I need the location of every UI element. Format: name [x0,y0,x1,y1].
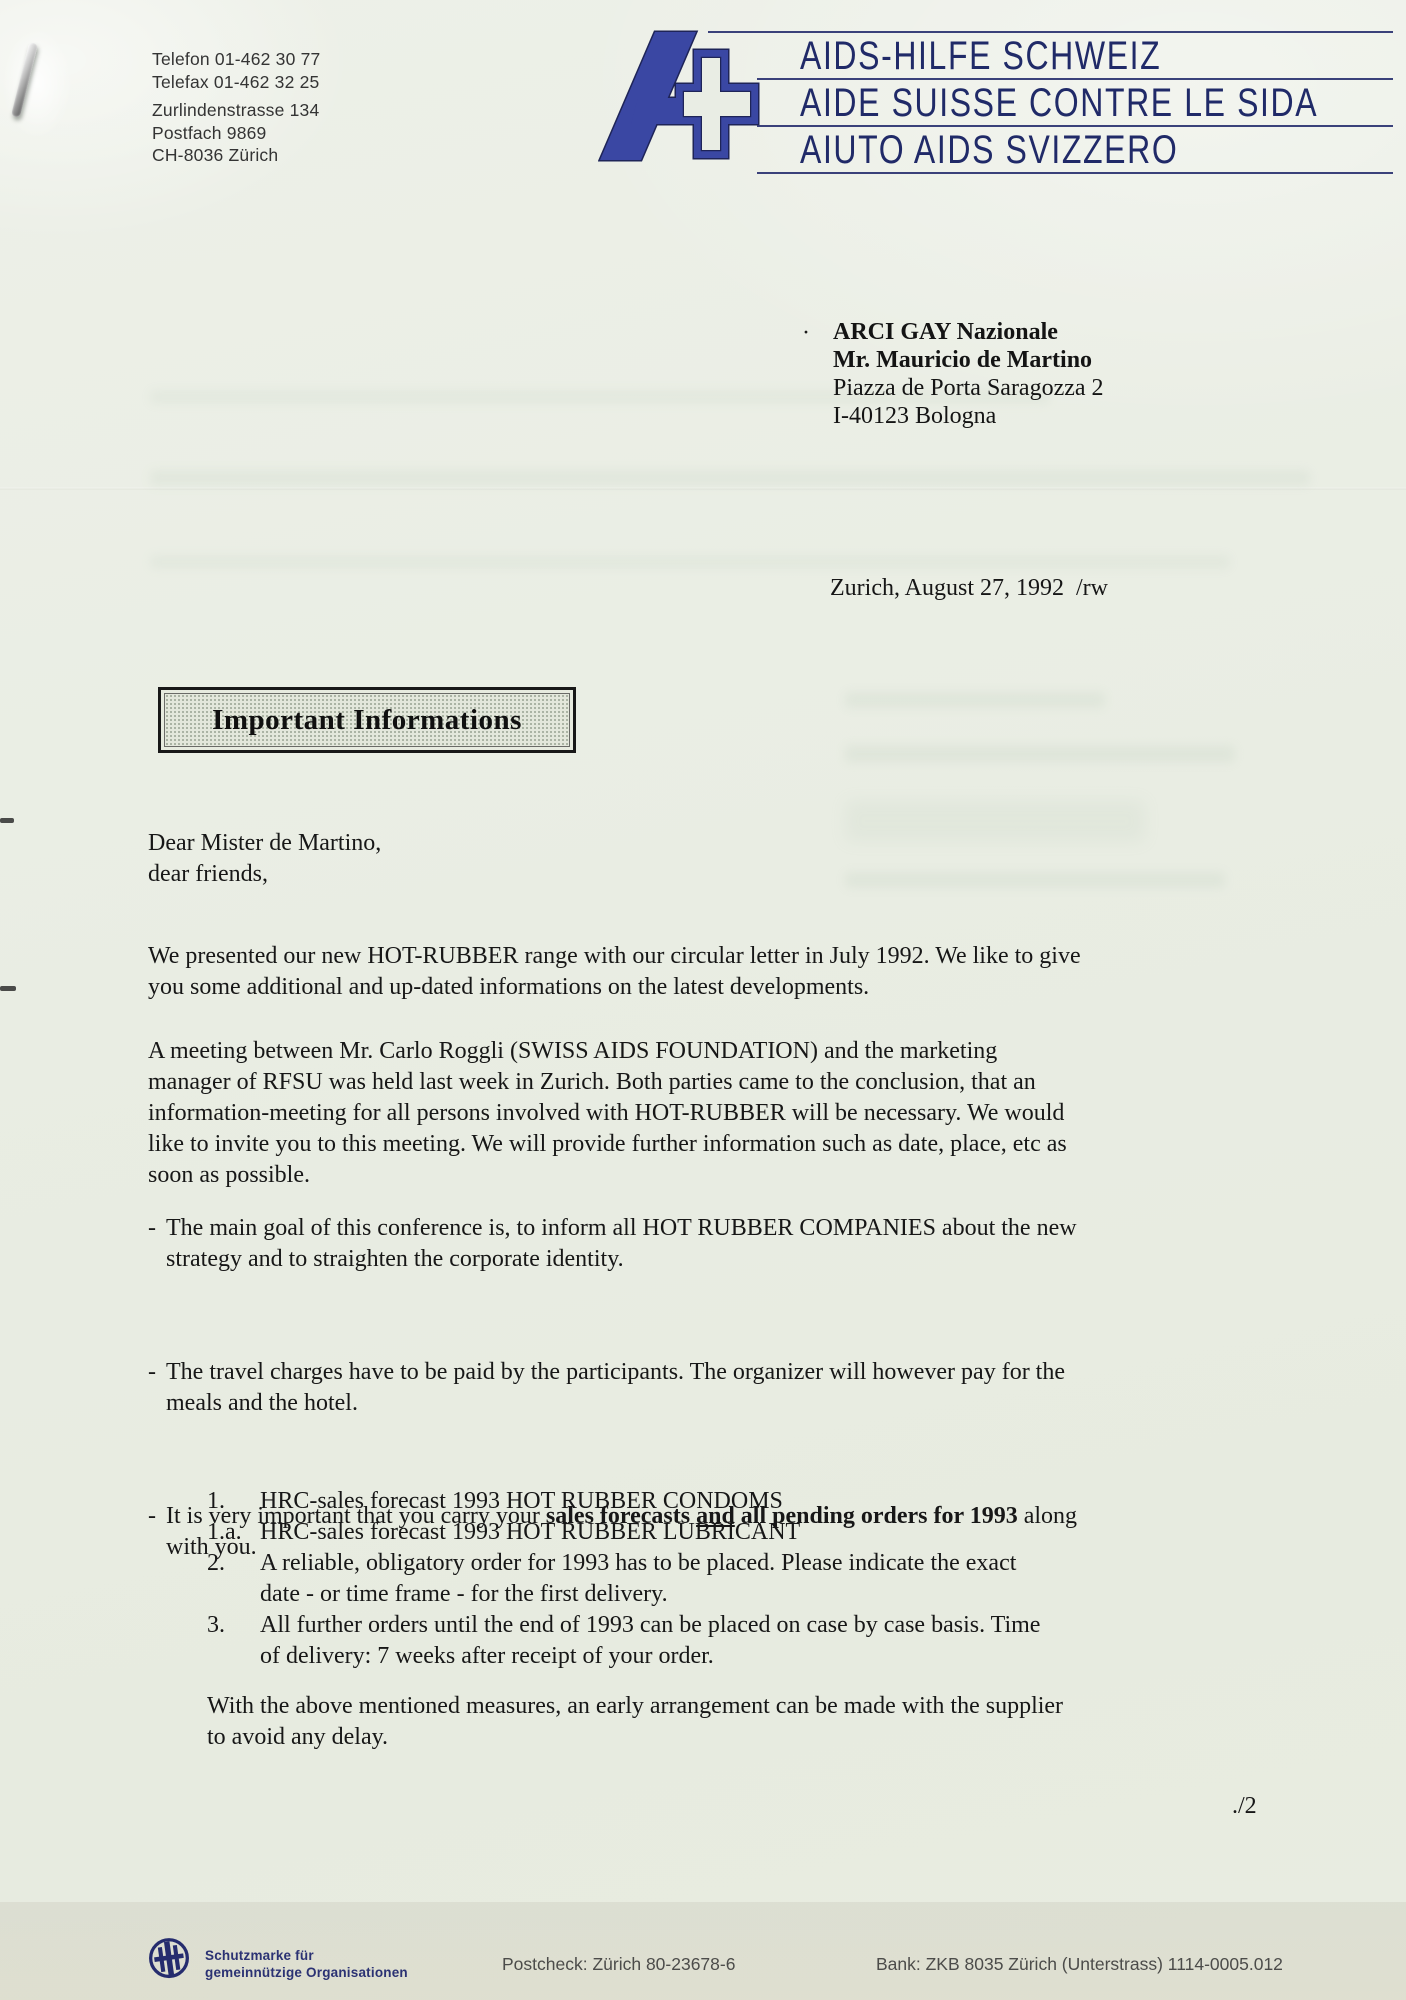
page-continuation-marker: ./2 [1232,1793,1257,1820]
bullet-line: The travel charges have to be paid by th… [166,1357,1322,1388]
greeting-line: dear friends, [148,859,1304,890]
org-name-it: AIUTO AIDS SVIZZERO [800,128,1280,174]
closing-paragraph: With the above mentioned measures, an ea… [207,1691,1302,1753]
list-item-line: of delivery: 7 weeks after receipt of yo… [260,1641,1295,1672]
paragraph-line: A meeting between Mr. Carlo Roggli (SWIS… [148,1036,1304,1067]
paragraph-line: manager of RFSU was held last week in Zu… [148,1067,1304,1098]
sender-fax: Telefax 01-462 32 25 [152,71,320,94]
margin-mark [0,818,14,823]
margin-mark [0,986,16,991]
recipient-city: I-40123 Bologna [833,402,1104,430]
recipient-street: Piazza de Porta Saragozza 2 [833,374,1104,402]
bleed-through-smudge [845,745,1235,763]
org-name-de: AIDS-HILFE SCHWEIZ [800,34,1280,80]
list-item: 3. All further orders until the end of 1… [207,1610,1307,1672]
paragraph-line: you some additional and up-dated informa… [148,972,1304,1003]
numbered-list: 1. HRC-sales forecast 1993 HOT RUBBER CO… [207,1486,1307,1672]
bullet-line: strategy and to straighten the corporate… [166,1244,1322,1275]
paper-fold-crease [0,487,1406,490]
sender-pobox: Postfach 9869 [152,122,320,145]
bleed-through-smudge [845,692,1105,708]
bullet-item-1: - The main goal of this conference is, t… [148,1213,1322,1275]
list-item-line: date - or time frame - for the first del… [260,1579,1295,1610]
sender-phone: Telefon 01-462 30 77 [152,48,320,71]
sender-contact-block: Telefon 01-462 30 77 Telefax 01-462 32 2… [152,48,320,167]
list-item-number: 1. [207,1486,260,1517]
sender-city: CH-8036 Zürich [152,144,320,167]
scanned-letter-page: Telefon 01-462 30 77 Telefax 01-462 32 2… [0,0,1406,2000]
recipient-org: ARCI GAY Nazionale [833,318,1104,346]
greeting-block: Dear Mister de Martino, dear friends, [148,828,1304,890]
paragraph-line: like to invite you to this meeting. We w… [148,1129,1304,1160]
bullet-dash: - [148,1357,156,1388]
bullet-line: The main goal of this conference is, to … [166,1213,1322,1244]
list-item-text: All further orders until the end of 1993… [260,1610,1295,1672]
paragraph-line: information-meeting for all persons invo… [148,1098,1304,1129]
closing-line: With the above mentioned measures, an ea… [207,1691,1302,1722]
list-item-number: 1.a. [207,1517,260,1548]
list-item-line: A reliable, obligatory order for 1993 ha… [260,1548,1295,1579]
list-item-line: All further orders until the end of 1993… [260,1610,1295,1641]
header-rule [708,31,1393,33]
subject-title: Important Informations [212,704,522,737]
trademark-caption-line: gemeinnützige Organisationen [205,1964,408,1981]
aids-hilfe-schweiz-logo [598,28,770,164]
paragraph-1: We presented our new HOT-RUBBER range wi… [148,941,1304,1003]
postcheck-info: Postcheck: Zürich 80-23678-6 [502,1954,735,1975]
sender-street: Zurlindenstrasse 134 [152,99,320,122]
bleed-through-smudge [150,470,1310,486]
trademark-caption-line: Schutzmarke für [205,1947,408,1964]
list-item-text: A reliable, obligatory order for 1993 ha… [260,1548,1295,1610]
closing-line: to avoid any delay. [207,1722,1302,1753]
header-rule [757,78,1393,80]
bullet-line: meals and the hotel. [166,1388,1322,1419]
list-item: 2. A reliable, obligatory order for 1993… [207,1548,1307,1610]
list-item-number: 3. [207,1610,260,1672]
staple-highlight [2,28,72,138]
trademark-emblem [147,1933,191,1985]
zewo-seal-icon [147,1933,191,1985]
header-rule [757,172,1393,174]
recipient-name: Mr. Mauricio de Martino [833,346,1104,374]
date-line: Zurich, August 27, 1992 /rw [830,575,1108,602]
org-name-fr: AIDE SUISSE CONTRE LE SIDA [800,81,1280,127]
list-item: 1. HRC-sales forecast 1993 HOT RUBBER CO… [207,1486,1307,1517]
list-item: 1.a. HRC-sales forecast 1993 HOT RUBBER … [207,1517,1307,1548]
bank-info: Bank: ZKB 8035 Zürich (Unterstrass) 1114… [876,1954,1283,1975]
address-marker-dot: · [802,320,810,347]
list-item-text: HRC-sales forecast 1993 HOT RUBBER CONDO… [260,1486,1295,1517]
paragraph-2: A meeting between Mr. Carlo Roggli (SWIS… [148,1036,1304,1191]
a-cross-logo-icon [598,28,770,164]
paragraph-line: soon as possible. [148,1160,1304,1191]
bullet-dash: - [148,1501,156,1532]
list-item-text: HRC-sales forecast 1993 HOT RUBBER LUBRI… [260,1517,1295,1548]
paragraph-line: We presented our new HOT-RUBBER range wi… [148,941,1304,972]
bleed-through-smudge [150,555,1230,569]
list-item-number: 2. [207,1548,260,1610]
subject-box: Important Informations [158,687,576,753]
greeting-line: Dear Mister de Martino, [148,828,1304,859]
bullet-item-2: - The travel charges have to be paid by … [148,1357,1322,1419]
recipient-address-block: ARCI GAY Nazionale Mr. Mauricio de Marti… [833,318,1104,430]
bullet-dash: - [148,1213,156,1244]
header-rule [757,125,1393,127]
trademark-caption: Schutzmarke für gemeinnützige Organisati… [205,1947,408,1981]
